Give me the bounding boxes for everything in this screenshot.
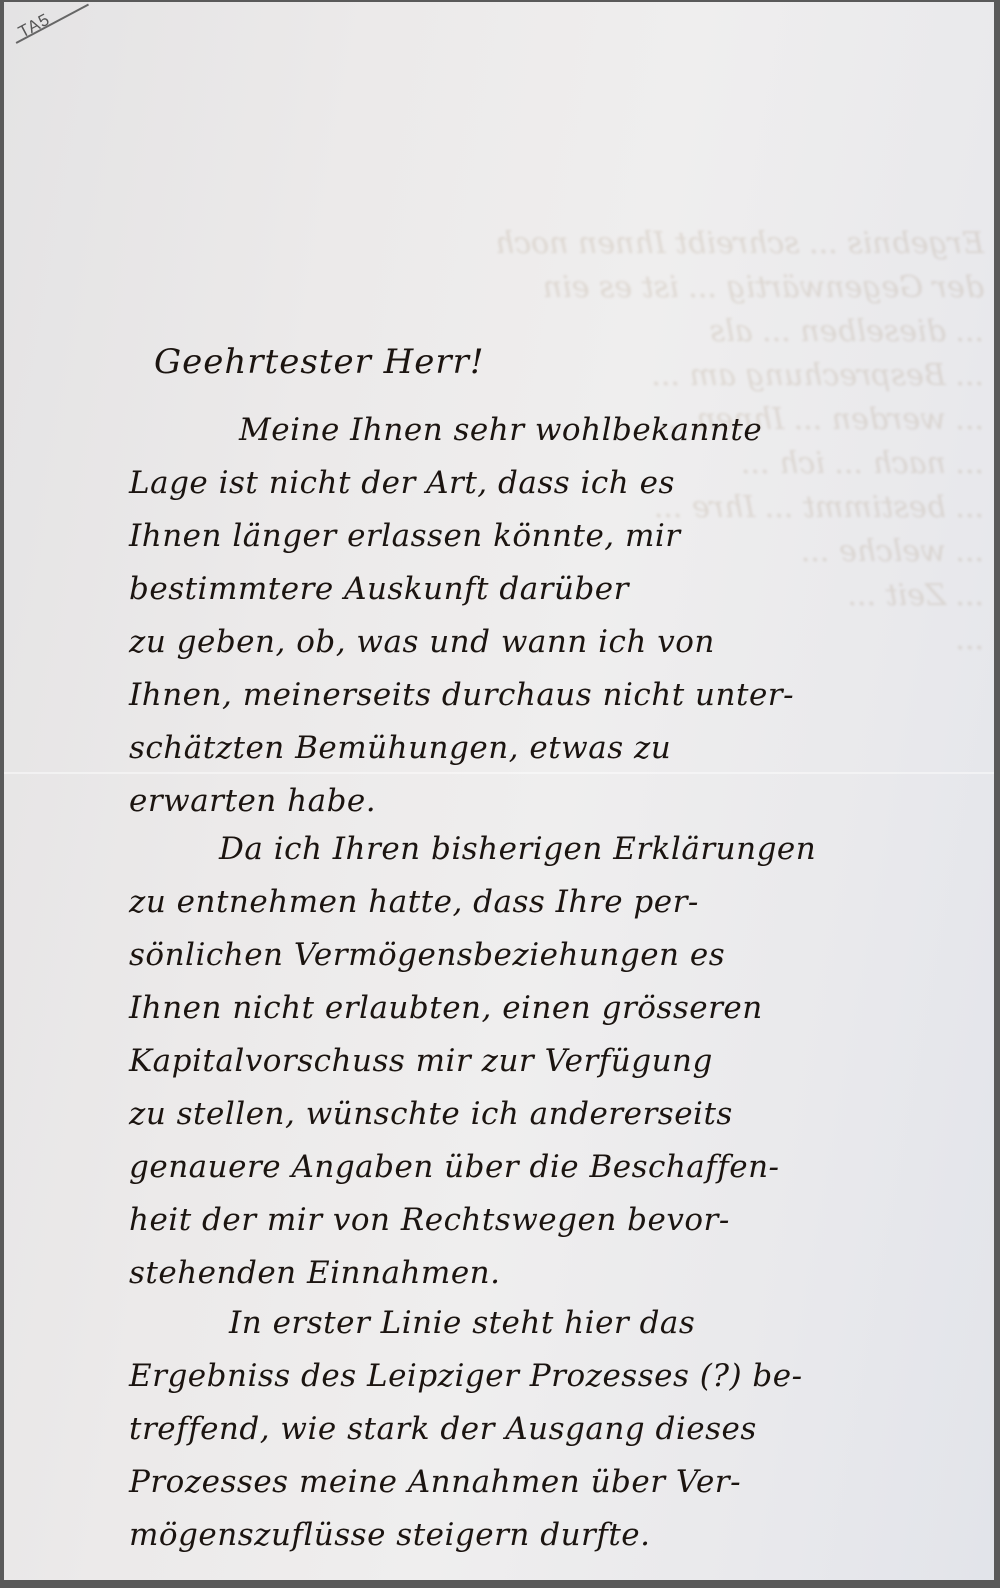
letter-line: schätzten Bemühungen, etwas zu [129,730,671,766]
letter-line: Ergebniss des Leipziger Prozesses (?) be… [129,1358,803,1394]
letter-line: Ihnen länger erlassen könnte, mir [129,518,681,554]
letter-line: Lage ist nicht der Art, dass ich es [129,465,675,501]
letter-line: Da ich Ihren bisherigen Erklärungen [219,831,816,867]
letter-sheet: TA5 Ergebnis ... schreibt Ihnen noch der… [4,2,994,1580]
letter-line: Ihnen, meinerseits durchaus nicht unter- [129,677,794,713]
letter-line: Ihnen nicht erlaubten, einen grösseren [129,990,763,1026]
paper-fold [4,772,994,774]
letter-line: heit der mir von Rechtswegen bevor- [129,1202,730,1238]
letter-line: zu stellen, wünschte ich andererseits [129,1096,733,1132]
letter-line: treffend, wie stark der Ausgang dieses [129,1411,757,1447]
letter-line: zu entnehmen hatte, dass Ihre per- [129,884,699,920]
letter-line: Meine Ihnen sehr wohlbekannte [239,412,762,448]
letter-line: In erster Linie steht hier das [229,1305,695,1341]
letter-line: bestimmtere Auskunft darüber [129,571,629,607]
letter-line: erwarten habe. [129,783,376,819]
letter-line: genauere Angaben über die Beschaffen- [129,1149,780,1185]
letter-line: zu geben, ob, was und wann ich von [129,624,715,660]
letter-line: Kapitalvorschuss mir zur Verfügung [129,1043,713,1079]
letter-line: stehenden Einnahmen. [129,1255,500,1291]
letter-line: sönlichen Vermögensbeziehungen es [129,937,725,973]
letter-line: Prozesses meine Annahmen über Ver- [129,1464,741,1500]
letter-line: mögenszuflüsse steigern durfte. [129,1517,651,1553]
salutation: Geehrtester Herr! [154,342,485,382]
